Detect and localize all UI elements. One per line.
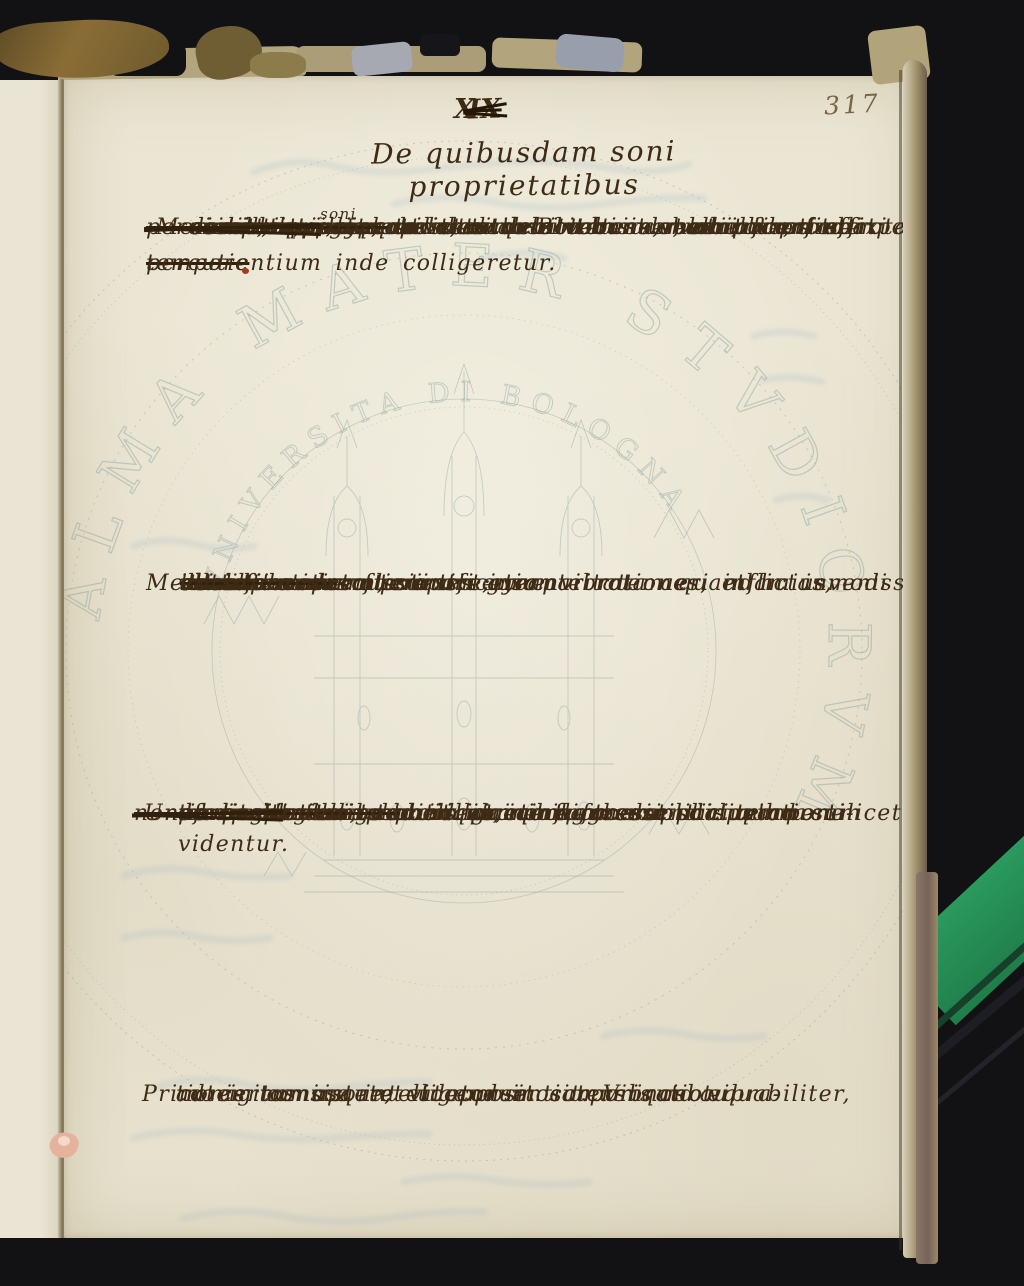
paragraph: Unum præterea tunc inquirere aggressi su… — [144, 798, 281, 829]
binding-gap — [420, 34, 460, 56]
text-segment: intelligendam nonnihil facere — [281, 798, 660, 829]
page-edge-shadow — [899, 70, 902, 1250]
page-number: 317 — [823, 89, 881, 121]
manuscript-line: non faciunt intelligendam nonnihil facer… — [134, 798, 281, 829]
text-segment: percutientium inde colligeretur. — [146, 246, 557, 282]
text-segment: elicere ausus fuerim. — [180, 568, 454, 599]
text-segment: ad certos usque, et oppositos terminos æ… — [176, 1078, 851, 1111]
binding-tatter — [555, 33, 626, 73]
facing-page-edge — [0, 80, 64, 1238]
chapter-title: De quibusdam soni proprietatibus — [264, 133, 785, 204]
manuscript-page: ALMA MATER STVDIORVM VNIVERSITA DI BOLOG… — [64, 76, 918, 1238]
text-segment: illius tono, dato — [319, 210, 526, 246]
chapter-numeral-scribbled-out: IX — [465, 93, 504, 125]
binding-tatter — [351, 41, 414, 77]
cover-edge — [916, 872, 938, 1264]
text-segment: videntur. — [178, 829, 289, 860]
struck-text: non faciunt — [134, 801, 281, 826]
struck-text: percussionum — [146, 215, 319, 240]
photo-of-open-manuscript: ALMA MATER STVDIORVM VNIVERSITA DI BOLOG… — [0, 0, 1024, 1286]
chapter-heading: XIX — [454, 94, 504, 125]
paragraph: Meministis, puto, sodales quæ vobis de s… — [156, 210, 319, 246]
manuscript-line: percussionum numerus dato uniussoni illi… — [146, 210, 319, 246]
ink-fleck — [242, 268, 249, 274]
gutter-tear-highlight — [58, 1136, 70, 1146]
binding-tatter — [250, 52, 306, 78]
